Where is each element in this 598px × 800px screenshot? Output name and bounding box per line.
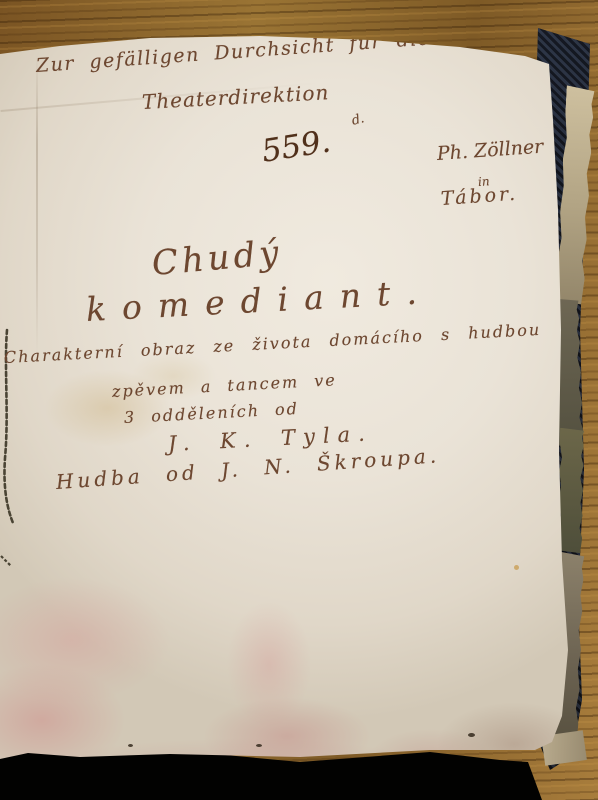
manuscript-page: Zur gefälligen Durchsicht für die Theate… [0,0,598,800]
handwritten-catalog-number: 559. [259,123,333,169]
handwritten-subtitle-line2: zpěvem a tancem ve [112,370,338,401]
torn-page-strip [558,428,584,553]
handwritten-review-note-line2: Theaterdirektion [141,80,329,114]
handwritten-subtitle-line3: 3 odděleních od [124,399,300,427]
page-crease [36,54,38,354]
ink-speck [128,744,133,747]
handwritten-owner-place: Tábor. [440,183,519,210]
paper-stains [0,0,598,800]
photo-of-manuscript: Zur gefälligen Durchsicht für die Theate… [0,0,598,800]
foxing-spot [514,565,519,570]
handwritten-owner-name: Ph. Zöllner [436,136,544,165]
ink-speck [256,744,262,747]
ink-speck [468,733,475,737]
handwritten-review-note-line1: Zur gefälligen Durchsicht für die [35,27,431,77]
handwritten-subtitle-line1: Charakterní obraz ze života domácího s h… [4,320,542,367]
handwritten-title-line2: komediant. [85,272,434,329]
handwritten-title-line1: Chudý [150,233,284,284]
handwritten-abbreviation-mark: d. [350,111,366,129]
